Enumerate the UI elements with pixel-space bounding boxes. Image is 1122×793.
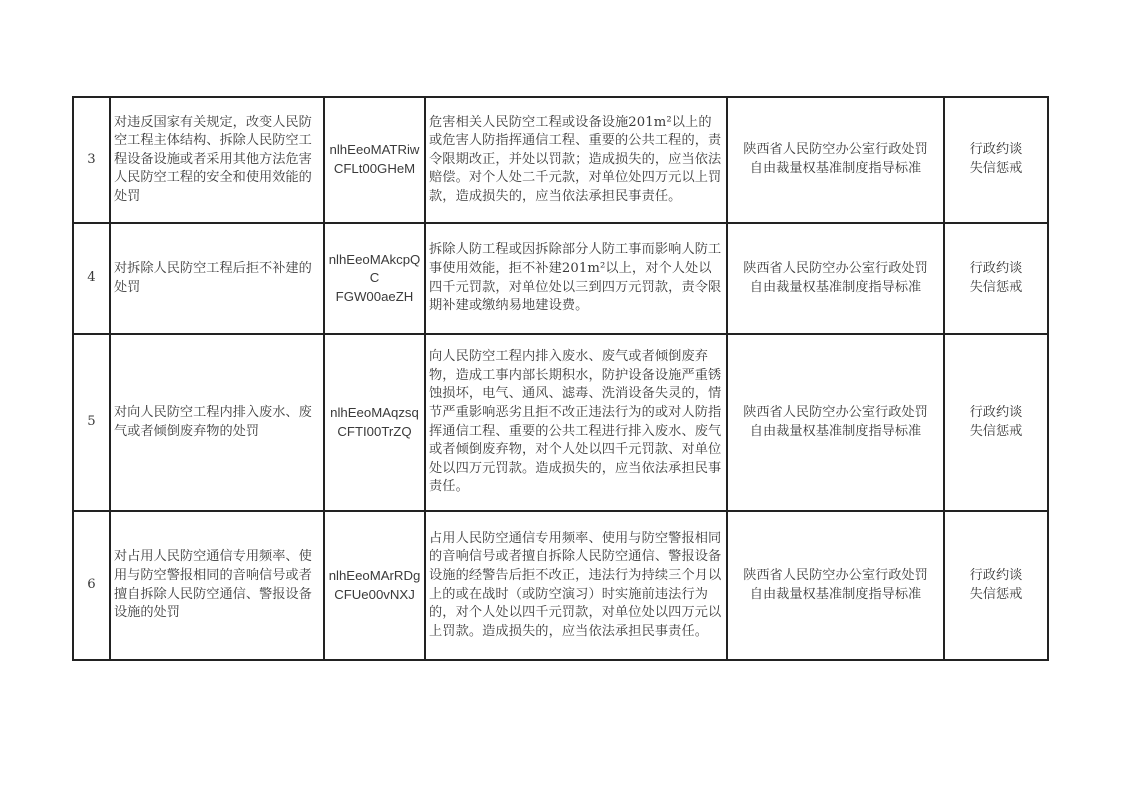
measure: 行政约谈 失信惩戒 (944, 97, 1048, 223)
penalty-table: 3 对违反国家有关规定，改变人民防空工程主体结构、拆除人民防空工程设备设施或者采… (72, 96, 1049, 661)
row-number: 5 (73, 334, 110, 511)
item-code: nlhEeoMAqzsq CFTI00TrZQ (324, 334, 425, 511)
penalty-description: 占用人民防空通信专用频率、使用与防空警报相同的音响信号或者擅自拆除人民防空通信、… (425, 511, 727, 660)
measure-line: 行政约谈 (948, 567, 1044, 586)
table-row: 4 对拆除人民防空工程后拒不补建的处罚 nlhEeoMAkcpQC FGW00a… (73, 223, 1048, 334)
measure-line: 行政约谈 (948, 260, 1044, 279)
penalty-item: 对占用人民防空通信专用频率、使用与防空警报相同的音响信号或者擅自拆除人民防空通信… (110, 511, 324, 660)
legal-basis-line: 陕西省人民防空办公室行政处罚 (731, 141, 940, 160)
penalty-item: 对违反国家有关规定，改变人民防空工程主体结构、拆除人民防空工程设备设施或者采用其… (110, 97, 324, 223)
item-code-line: FGW00aeZH (328, 288, 421, 307)
legal-basis: 陕西省人民防空办公室行政处罚 自由裁量权基准制度指导标准 (727, 511, 944, 660)
item-code-line: nlhEeoMAkcpQC (328, 251, 421, 288)
item-code: nlhEeoMATRiw CFLt00GHeM (324, 97, 425, 223)
measure-line: 失信惩戒 (948, 423, 1044, 442)
measure-line: 失信惩戒 (948, 279, 1044, 298)
legal-basis-line: 自由裁量权基准制度指导标准 (731, 423, 940, 442)
table-row: 5 对向人民防空工程内排入废水、废气或者倾倒废弃物的处罚 nlhEeoMAqzs… (73, 334, 1048, 511)
measure-line: 失信惩戒 (948, 160, 1044, 179)
penalty-description: 向人民防空工程内排入废水、废气或者倾倒废弃物，造成工事内部长期积水，防护设备设施… (425, 334, 727, 511)
row-number: 6 (73, 511, 110, 660)
legal-basis-line: 自由裁量权基准制度指导标准 (731, 160, 940, 179)
item-code-line: nlhEeoMAqzsq (328, 404, 421, 423)
table-row: 6 对占用人民防空通信专用频率、使用与防空警报相同的音响信号或者擅自拆除人民防空… (73, 511, 1048, 660)
item-code-line: nlhEeoMArRDg (328, 567, 421, 586)
item-code-line: CFLt00GHeM (328, 160, 421, 179)
row-number: 4 (73, 223, 110, 334)
legal-basis-line: 陕西省人民防空办公室行政处罚 (731, 404, 940, 423)
penalty-description: 拆除人防工程或因拆除部分人防工事而影响人防工事使用效能，拒不补建201m²以上，… (425, 223, 727, 334)
item-code: nlhEeoMArRDg CFUe00vNXJ (324, 511, 425, 660)
legal-basis: 陕西省人民防空办公室行政处罚 自由裁量权基准制度指导标准 (727, 97, 944, 223)
legal-basis-line: 陕西省人民防空办公室行政处罚 (731, 260, 940, 279)
legal-basis: 陕西省人民防空办公室行政处罚 自由裁量权基准制度指导标准 (727, 223, 944, 334)
row-number: 3 (73, 97, 110, 223)
penalty-item: 对向人民防空工程内排入废水、废气或者倾倒废弃物的处罚 (110, 334, 324, 511)
measure: 行政约谈 失信惩戒 (944, 334, 1048, 511)
measure: 行政约谈 失信惩戒 (944, 511, 1048, 660)
table-row: 3 对违反国家有关规定，改变人民防空工程主体结构、拆除人民防空工程设备设施或者采… (73, 97, 1048, 223)
measure: 行政约谈 失信惩戒 (944, 223, 1048, 334)
penalty-description: 危害相关人民防空工程或设备设施201m²以上的或危害人防指挥通信工程、重要的公共… (425, 97, 727, 223)
item-code-line: CFUe00vNXJ (328, 586, 421, 605)
measure-line: 行政约谈 (948, 404, 1044, 423)
item-code-line: nlhEeoMATRiw (328, 141, 421, 160)
legal-basis-line: 自由裁量权基准制度指导标准 (731, 586, 940, 605)
legal-basis-line: 陕西省人民防空办公室行政处罚 (731, 567, 940, 586)
measure-line: 失信惩戒 (948, 586, 1044, 605)
legal-basis-line: 自由裁量权基准制度指导标准 (731, 279, 940, 298)
item-code-line: CFTI00TrZQ (328, 423, 421, 442)
item-code: nlhEeoMAkcpQC FGW00aeZH (324, 223, 425, 334)
measure-line: 行政约谈 (948, 141, 1044, 160)
legal-basis: 陕西省人民防空办公室行政处罚 自由裁量权基准制度指导标准 (727, 334, 944, 511)
penalty-item: 对拆除人民防空工程后拒不补建的处罚 (110, 223, 324, 334)
